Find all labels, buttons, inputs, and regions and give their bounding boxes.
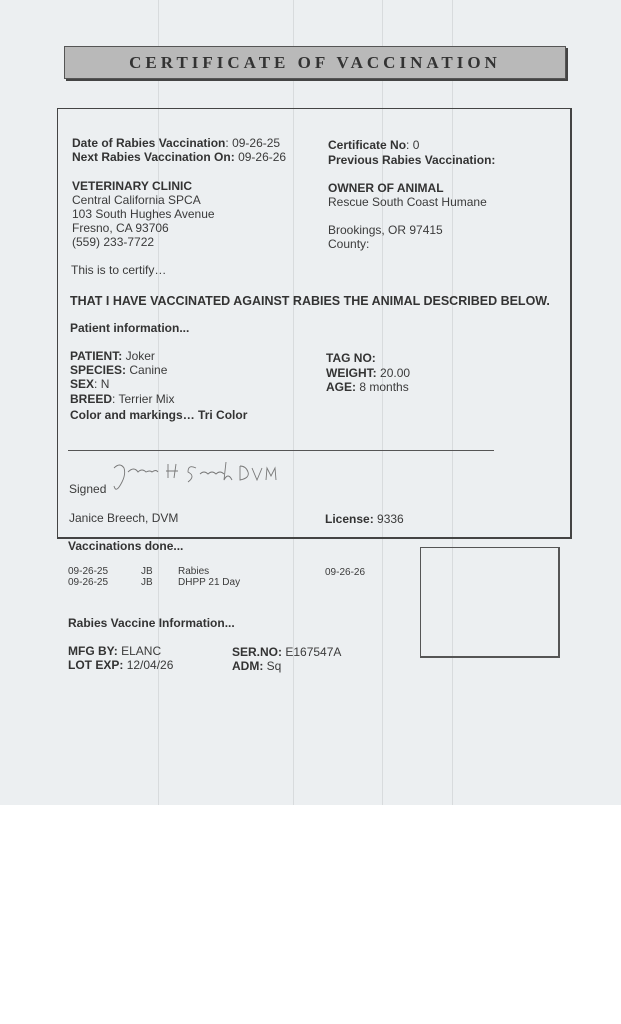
clinic-phone: (559) 233-7722	[72, 235, 154, 249]
serial-value: E167547A	[285, 645, 341, 659]
clinic-address: 103 South Hughes Avenue	[72, 207, 215, 221]
rabies-date-row: Date of Rabies Vaccination: 09-26-25	[72, 136, 280, 150]
vaccination-date: 09-26-25	[68, 577, 108, 589]
adm-row: ADM: Sq	[232, 659, 281, 673]
vaccination-due: 09-26-26	[325, 567, 365, 579]
certificate-no-row: Certificate No: 0	[328, 138, 419, 152]
patient-heading: Patient information...	[70, 321, 189, 335]
sex-value: N	[101, 377, 110, 391]
breed-row: BREED: Terrier Mix	[70, 392, 174, 406]
breed-label: BREED	[70, 392, 112, 406]
license-value: 9336	[377, 512, 404, 526]
certificate-no-value: 0	[413, 138, 420, 152]
age-value: 8 months	[359, 380, 408, 394]
color-label: Color and markings…	[70, 408, 195, 422]
rabies-statement: THAT I HAVE VACCINATED AGAINST RABIES TH…	[70, 294, 550, 308]
next-vaccination-row: Next Rabies Vaccination On: 09-26-26	[72, 150, 286, 164]
tag-label: TAG NO:	[326, 351, 376, 365]
owner-city: Brookings, OR 97415	[328, 223, 443, 237]
serial-label: SER.NO:	[232, 645, 282, 659]
next-vaccination-value: 09-26-26	[238, 150, 286, 164]
owner-heading: OWNER OF ANIMAL	[328, 181, 444, 195]
lot-label: LOT EXP:	[68, 658, 123, 672]
clinic-heading: VETERINARY CLINIC	[72, 179, 192, 193]
breed-value: Terrier Mix	[118, 392, 174, 406]
color-value: Tri Color	[198, 408, 247, 422]
adm-value: Sq	[267, 659, 282, 673]
age-row: AGE: 8 months	[326, 380, 409, 394]
rabies-date-label: Date of Rabies Vaccination	[72, 136, 225, 150]
patient-row: PATIENT: Joker	[70, 349, 155, 363]
weight-row: WEIGHT: 20.00	[326, 366, 410, 380]
mfg-row: MFG BY: ELANC	[68, 644, 161, 658]
certify-text: This is to certify…	[71, 263, 166, 277]
mfg-value: ELANC	[121, 644, 161, 658]
owner-county-label: County:	[328, 237, 369, 251]
sex-label: SEX	[70, 377, 94, 391]
species-value: Canine	[129, 363, 167, 377]
rabies-date-value: 09-26-25	[232, 136, 280, 150]
license-label: License:	[325, 512, 374, 526]
adm-label: ADM:	[232, 659, 263, 673]
next-vaccination-label: Next Rabies Vaccination On:	[72, 150, 235, 164]
clinic-name: Central California SPCA	[72, 193, 201, 207]
rabies-info-heading: Rabies Vaccine Information...	[68, 616, 235, 630]
handwritten-signature	[110, 458, 280, 498]
vaccinations-heading: Vaccinations done...	[68, 539, 183, 553]
signed-label: Signed	[69, 482, 106, 496]
patient-label: PATIENT:	[70, 349, 122, 363]
clinic-city: Fresno, CA 93706	[72, 221, 169, 235]
tag-row: TAG NO:	[326, 351, 376, 365]
patient-value: Joker	[126, 349, 155, 363]
title-banner: CERTIFICATE OF VACCINATION	[64, 46, 566, 79]
lot-value: 12/04/26	[127, 658, 174, 672]
previous-vaccination-label: Previous Rabies Vaccination:	[328, 153, 495, 167]
sex-row: SEX: N	[70, 377, 109, 391]
lot-row: LOT EXP: 12/04/26	[68, 658, 173, 672]
tag-stamp-box	[420, 547, 560, 658]
color-row: Color and markings… Tri Color	[70, 408, 247, 422]
vet-name: Janice Breech, DVM	[69, 511, 178, 525]
serial-row: SER.NO: E167547A	[232, 645, 341, 659]
species-label: SPECIES:	[70, 363, 126, 377]
weight-label: WEIGHT:	[326, 366, 377, 380]
license-row: License: 9336	[325, 512, 404, 526]
age-label: AGE:	[326, 380, 356, 394]
species-row: SPECIES: Canine	[70, 363, 167, 377]
certificate-no-label: Certificate No	[328, 138, 406, 152]
owner-name: Rescue South Coast Humane	[328, 195, 487, 209]
page-title: CERTIFICATE OF VACCINATION	[129, 53, 501, 73]
vaccination-by: JB	[141, 577, 153, 589]
certificate-page: CERTIFICATE OF VACCINATION Date of Rabie…	[0, 0, 621, 805]
weight-value: 20.00	[380, 366, 410, 380]
mfg-label: MFG BY:	[68, 644, 118, 658]
vaccination-name: DHPP 21 Day	[178, 577, 240, 589]
signature-rule	[68, 450, 494, 451]
